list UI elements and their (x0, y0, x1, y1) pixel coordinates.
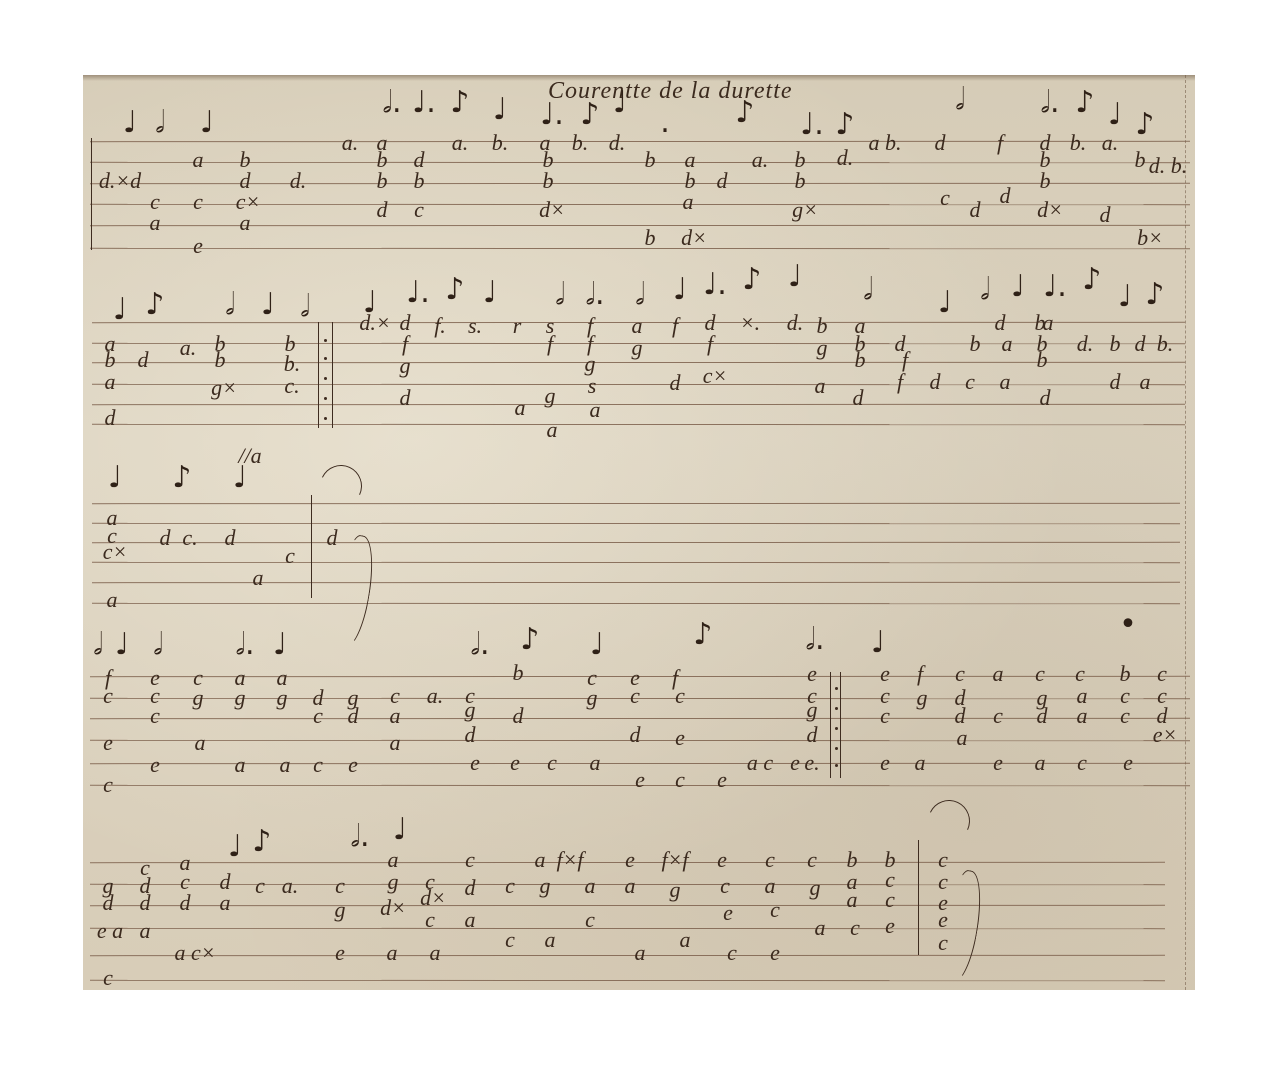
rhythm-sign: ♪ (742, 265, 761, 295)
tab-letter: c (505, 929, 515, 951)
tab-letter: d (1040, 387, 1051, 409)
tab-letter: c (993, 705, 1003, 727)
tab-letter: d (930, 371, 941, 393)
tab-letter: c (770, 899, 780, 921)
rhythm-sign: ♪ (735, 98, 754, 128)
tab-letter: d (955, 705, 966, 727)
tab-letter: f (402, 333, 408, 355)
tab-letter: c (675, 769, 685, 791)
tab-letter: e (723, 902, 733, 924)
tab-letter: d (513, 705, 524, 727)
tab-letter: f (897, 371, 903, 393)
tab-letter: a (683, 191, 694, 213)
bar-line (918, 840, 919, 955)
tab-letter: g (388, 871, 399, 893)
tab-letter: e (103, 732, 113, 754)
tab-letter: d.× (359, 312, 390, 334)
tab-letter: e (807, 663, 817, 685)
tab-letter: c (720, 875, 730, 897)
tab-letter: e (635, 769, 645, 791)
tab-letter: c (807, 849, 817, 871)
tab-letter: d (630, 724, 641, 746)
tab-letter: b (105, 349, 116, 371)
tab-letter: e (717, 769, 727, 791)
tab-letter: a (765, 875, 776, 897)
tab-letter: a. (752, 149, 769, 171)
tab-letter: a (547, 419, 558, 441)
tab-letter: c (150, 705, 160, 727)
tab-letter: a (240, 212, 251, 234)
tab-letter: f. (434, 315, 446, 337)
rhythm-sign: ♩ (393, 815, 407, 845)
tab-letter: a (680, 929, 691, 951)
tab-letter: e (348, 754, 358, 776)
tab-letter: g (545, 385, 556, 407)
tab-letter: c. (182, 527, 197, 549)
tab-letter: d (1110, 371, 1121, 393)
repeat-dot (835, 727, 838, 730)
repeat-dot (835, 747, 838, 750)
tab-letter: b. (284, 353, 301, 375)
tab-letter: a (140, 920, 151, 942)
tab-letter: g (540, 875, 551, 897)
tab-letter: c (547, 752, 557, 774)
tab-letter: a (815, 917, 826, 939)
tab-letter: a (1140, 371, 1151, 393)
tab-letter: a (105, 371, 116, 393)
tab-letter: a (387, 942, 398, 964)
tab-letter: a (465, 909, 476, 931)
rhythm-sign: ♪ (145, 290, 164, 320)
tab-letter: c (1157, 663, 1167, 685)
rhythm-sign: ♩ (1108, 100, 1122, 130)
tab-letter: //a (238, 445, 261, 467)
tab-letter: s (588, 375, 597, 397)
right-margin-ruling (1185, 75, 1187, 990)
tab-letter: b (1120, 663, 1131, 685)
rhythm-sign: ♩ (200, 108, 214, 138)
tab-letter: d (670, 372, 681, 394)
tab-letter: d. (787, 312, 804, 334)
rhythm-sign: 𝅗𝅥. (585, 280, 604, 310)
tab-letter: d (105, 407, 116, 429)
tab-letter: b (543, 170, 554, 192)
tab-letter: a (993, 663, 1004, 685)
tab-letter: a. (452, 132, 469, 154)
rhythm-sign: ♩ (788, 262, 802, 292)
tab-letter: e (880, 663, 890, 685)
tab-letter: c (255, 875, 265, 897)
rhythm-sign: ♩ (1011, 272, 1025, 302)
tab-letter: g× (211, 377, 237, 399)
tab-letter: b (377, 170, 388, 192)
tab-letter: e (790, 752, 800, 774)
tab-letter: a (193, 149, 204, 171)
tab-letter: e (335, 942, 345, 964)
tab-letter: d (717, 170, 728, 192)
tab-letter: a (590, 752, 601, 774)
rhythm-sign: 𝅗𝅥 (555, 280, 565, 310)
tab-letter: b (795, 170, 806, 192)
tab-letter: e (885, 915, 895, 937)
tab-letter: e (1123, 752, 1133, 774)
tab-letter: a. (282, 875, 299, 897)
tab-letter: c (1077, 752, 1087, 774)
rhythm-sign: ♪ (445, 275, 464, 305)
bar-line (830, 672, 831, 778)
tab-letter: c (285, 545, 295, 567)
repeat-dot (835, 707, 838, 710)
rhythm-sign: ♩. (406, 278, 430, 308)
tab-letter: c (193, 191, 203, 213)
rhythm-sign: ♩ (228, 832, 242, 862)
tab-letter: a. (427, 685, 444, 707)
tab-letter: d (1000, 185, 1011, 207)
rhythm-sign: ♩ (493, 95, 507, 125)
rhythm-sign: ♩ (123, 108, 137, 138)
bar-line (332, 322, 333, 428)
bar-line (91, 138, 92, 250)
tab-letter: c (335, 875, 345, 897)
rhythm-sign: 𝅗𝅥 (980, 275, 990, 305)
tab-letter: g (465, 699, 476, 721)
tab-letter: b (513, 662, 524, 684)
tab-letter: a (585, 875, 596, 897)
tab-letter: c (425, 909, 435, 931)
tab-letter: d (1037, 705, 1048, 727)
tab-letter: c (103, 774, 113, 796)
rhythm-sign: • (1119, 610, 1137, 640)
tab-letter: c (940, 187, 950, 209)
rhythm-sign: ♪ (1135, 110, 1154, 140)
tab-letter: c (465, 849, 475, 871)
tab-letter: d (103, 892, 114, 914)
rhythm-sign: 𝅗𝅥. (470, 630, 489, 660)
tab-letter: c (313, 705, 323, 727)
tab-letter: a (253, 567, 264, 589)
tab-letter: b. (492, 132, 509, 154)
tab-letter: d. (609, 132, 626, 154)
tab-letter: b. (1157, 333, 1174, 355)
repeat-dot (324, 397, 327, 400)
rhythm-sign: ♩ (261, 290, 275, 320)
rhythm-sign: ♪ (1075, 88, 1094, 118)
tab-letter: g (632, 337, 643, 359)
tab-letter: a (390, 732, 401, 754)
tab-letter: b (855, 349, 866, 371)
tab-letter: c (880, 705, 890, 727)
tab-letter: e (993, 752, 1003, 774)
tab-letter: b (847, 849, 858, 871)
tab-letter: c (103, 967, 113, 989)
tab-letter: c (103, 685, 113, 707)
tab-letter: a (545, 929, 556, 951)
tab-letter: e (470, 752, 480, 774)
tab-letter: g (810, 877, 821, 899)
rhythm-sign: ♩ (871, 628, 885, 658)
rhythm-sign: 𝅗𝅥. (235, 630, 254, 660)
tab-letter: a c× (174, 942, 215, 964)
tab-letter: b (645, 149, 656, 171)
tab-letter: b (215, 349, 226, 371)
rhythm-sign: ♩ (613, 88, 627, 118)
rhythm-sign: ♪ (693, 620, 712, 650)
rhythm-sign: ♪ (172, 463, 191, 493)
rhythm-sign: ♩ (1118, 282, 1132, 312)
tab-letter: ×. (740, 312, 760, 334)
tab-letter: g (193, 687, 204, 709)
tab-letter: e (880, 752, 890, 774)
rhythm-sign: ♩ (673, 275, 687, 305)
tab-letter: c. (284, 375, 299, 397)
rhythm-sign: ♩ (938, 288, 952, 318)
tab-letter: a b. (869, 132, 902, 154)
tab-letter: f (707, 333, 713, 355)
tab-letter: a (515, 397, 526, 419)
tab-letter: d.×d (99, 170, 141, 192)
tab-letter: e× (1153, 724, 1178, 746)
tab-letter: a (388, 849, 399, 871)
tab-letter: a (847, 889, 858, 911)
tab-letter: g (587, 687, 598, 709)
tab-letter: a (235, 754, 246, 776)
repeat-dot (324, 357, 327, 360)
rhythm-sign: ♪ (1145, 280, 1164, 310)
tab-letter: a (915, 752, 926, 774)
tab-letter: e (150, 754, 160, 776)
rhythm-sign: 𝅗𝅥 (93, 630, 103, 660)
tab-letter: d (180, 892, 191, 914)
tab-letter: a. (180, 337, 197, 359)
tab-letter: a (625, 875, 636, 897)
tab-letter: c (675, 685, 685, 707)
tab-letter: g (585, 353, 596, 375)
rhythm-sign: 𝅗𝅥. (382, 88, 401, 118)
tab-letter: b (817, 315, 828, 337)
tab-letter: a (590, 399, 601, 421)
rhythm-sign: 𝅗𝅥 (155, 108, 165, 138)
rhythm-sign: 𝅗𝅥. (1040, 88, 1059, 118)
tab-letter: b× (1137, 227, 1163, 249)
rhythm-sign: ♩. (1043, 272, 1067, 302)
rhythm-sign: ♪ (835, 110, 854, 140)
tab-letter: e (193, 235, 203, 257)
tab-letter: a (1000, 371, 1011, 393)
tab-letter: e (625, 849, 635, 871)
tab-letter: f (902, 349, 908, 371)
tab-letter: b (1037, 349, 1048, 371)
tab-letter: c (885, 889, 895, 911)
tab-letter: a (280, 754, 291, 776)
tab-letter: e (675, 727, 685, 749)
tab-letter: a (390, 705, 401, 727)
tab-letter: s. (468, 315, 482, 337)
tab-letter: a (1043, 312, 1054, 334)
tab-letter: c (630, 685, 640, 707)
tab-letter: d (348, 705, 359, 727)
tab-letter: d. (837, 147, 854, 169)
tab-letter: g (807, 699, 818, 721)
tab-letter: r (513, 315, 522, 337)
tab-letter: d (160, 527, 171, 549)
tab-letter: d (140, 892, 151, 914)
tab-letter: a (635, 942, 646, 964)
tab-letter: d (138, 349, 149, 371)
rhythm-sign: ♩. (703, 270, 727, 300)
tab-letter: d (465, 877, 476, 899)
rhythm-sign: 𝅗𝅥 (635, 280, 645, 310)
rhythm-sign: ♩ (108, 463, 122, 493)
tab-letter: g (817, 337, 828, 359)
tab-letter: c (313, 754, 323, 776)
rhythm-sign: 𝅗𝅥. (350, 822, 369, 852)
tab-letter: b (970, 333, 981, 355)
tab-letter: a (150, 212, 161, 234)
tab-letter: g (335, 899, 346, 921)
tab-letter: c (955, 663, 965, 685)
tab-letter: c (965, 371, 975, 393)
tab-letter: a c (747, 752, 773, 774)
tab-letter: a (815, 375, 826, 397)
tab-letter: f×f (556, 849, 583, 871)
tab-letter: c (1075, 663, 1085, 685)
rhythm-sign: 𝅗𝅥. (805, 625, 824, 655)
tab-letter: d× (380, 897, 406, 919)
rhythm-sign: . (660, 108, 670, 138)
rhythm-sign: 𝅗𝅥 (225, 290, 235, 320)
rhythm-sign: ♪ (450, 88, 469, 118)
tab-letter: f×f (661, 849, 688, 871)
tab-letter: d (807, 724, 818, 746)
bar-line (311, 495, 312, 598)
rhythm-sign: 𝅗𝅥 (955, 85, 965, 115)
tab-letter: f (997, 132, 1003, 154)
tab-letter: a. (342, 132, 359, 154)
rhythm-sign: ♪ (1082, 265, 1101, 295)
tab-letter: d. (290, 170, 307, 192)
tab-letter: a (220, 892, 231, 914)
tab-letter: d× (681, 227, 707, 249)
tab-letter: e (510, 752, 520, 774)
tab-letter: b (1110, 333, 1121, 355)
tab-letter: d. b. (1149, 155, 1188, 177)
repeat-dot (835, 687, 838, 690)
tab-letter: f (547, 333, 553, 355)
tab-letter: b (414, 170, 425, 192)
tab-letter: d (935, 132, 946, 154)
tab-letter: c (727, 942, 737, 964)
tab-letter: d (853, 387, 864, 409)
tab-letter: g (670, 879, 681, 901)
tab-letter: d× (1037, 199, 1063, 221)
repeat-dot (324, 417, 327, 420)
tab-letter: f (672, 315, 678, 337)
repeat-dot (835, 764, 838, 767)
tab-letter: d (327, 527, 338, 549)
tab-letter: d× (539, 199, 565, 221)
tab-letter: b (645, 227, 656, 249)
tab-letter: c (938, 849, 948, 871)
rhythm-sign: ♩. (800, 110, 824, 140)
tab-letter: d (377, 199, 388, 221)
tab-letter: b (1135, 149, 1146, 171)
tab-letter: g (235, 687, 246, 709)
tab-letter: d (225, 527, 236, 549)
tab-letter: c (414, 199, 424, 221)
tab-letter: d× (420, 887, 446, 909)
tab-letter: g (917, 687, 928, 709)
tab-letter: g× (792, 199, 818, 221)
bar-line (318, 322, 319, 428)
rhythm-sign: ♩ (483, 278, 497, 308)
rhythm-sign: ♩. (540, 100, 564, 130)
tab-letter: a (1002, 333, 1013, 355)
tab-letter: b (1040, 170, 1051, 192)
rhythm-sign: ♩. (412, 88, 436, 118)
rhythm-sign: ♩ (115, 630, 129, 660)
tab-letter: e (770, 942, 780, 964)
tab-letter: c (1035, 663, 1045, 685)
tab-letter: b. (572, 132, 589, 154)
rhythm-sign: ♩ (273, 630, 287, 660)
tab-letter: c× (703, 365, 728, 387)
tab-letter: g (400, 355, 411, 377)
rhythm-sign: 𝅗𝅥 (153, 630, 163, 660)
tab-letter: c (850, 917, 860, 939)
tab-letter: d (400, 387, 411, 409)
tab-letter: a (107, 589, 118, 611)
tab-letter: g (277, 687, 288, 709)
bar-line (840, 672, 841, 778)
tab-letter: d. (1077, 333, 1094, 355)
tab-letter: b. (1070, 132, 1087, 154)
rhythm-sign: ♪ (580, 100, 599, 130)
tab-letter: e (717, 849, 727, 871)
rhythm-sign: 𝅗𝅥 (863, 275, 873, 305)
tab-letter: c (1120, 705, 1130, 727)
rhythm-sign: ♩ (590, 630, 604, 660)
tab-letter: a. (1102, 132, 1119, 154)
tab-letter: d (1100, 204, 1111, 226)
tab-letter: a (535, 849, 546, 871)
tab-letter: e. (804, 752, 819, 774)
tab-letter: d (465, 724, 476, 746)
rhythm-sign: ♪ (520, 625, 539, 655)
tab-letter: a (957, 727, 968, 749)
tab-letter: c (505, 875, 515, 897)
tab-letter: a (1077, 705, 1088, 727)
tab-letter: a (1035, 752, 1046, 774)
repeat-dot (324, 377, 327, 380)
tab-letter: f (917, 663, 923, 685)
tab-letter: d (970, 199, 981, 221)
rhythm-sign: ♩ (113, 295, 127, 325)
tab-letter: a (430, 942, 441, 964)
tab-letter: a (195, 732, 206, 754)
tab-letter: e a (97, 920, 123, 942)
tab-letter: d (1135, 333, 1146, 355)
repeat-dot (324, 339, 327, 342)
tab-letter: c (585, 909, 595, 931)
rhythm-sign: ♪ (252, 827, 271, 857)
tab-letter: c (765, 849, 775, 871)
tab-letter: c× (103, 541, 128, 563)
rhythm-sign: 𝅗𝅥 (300, 292, 310, 322)
tab-letter: a (632, 315, 643, 337)
